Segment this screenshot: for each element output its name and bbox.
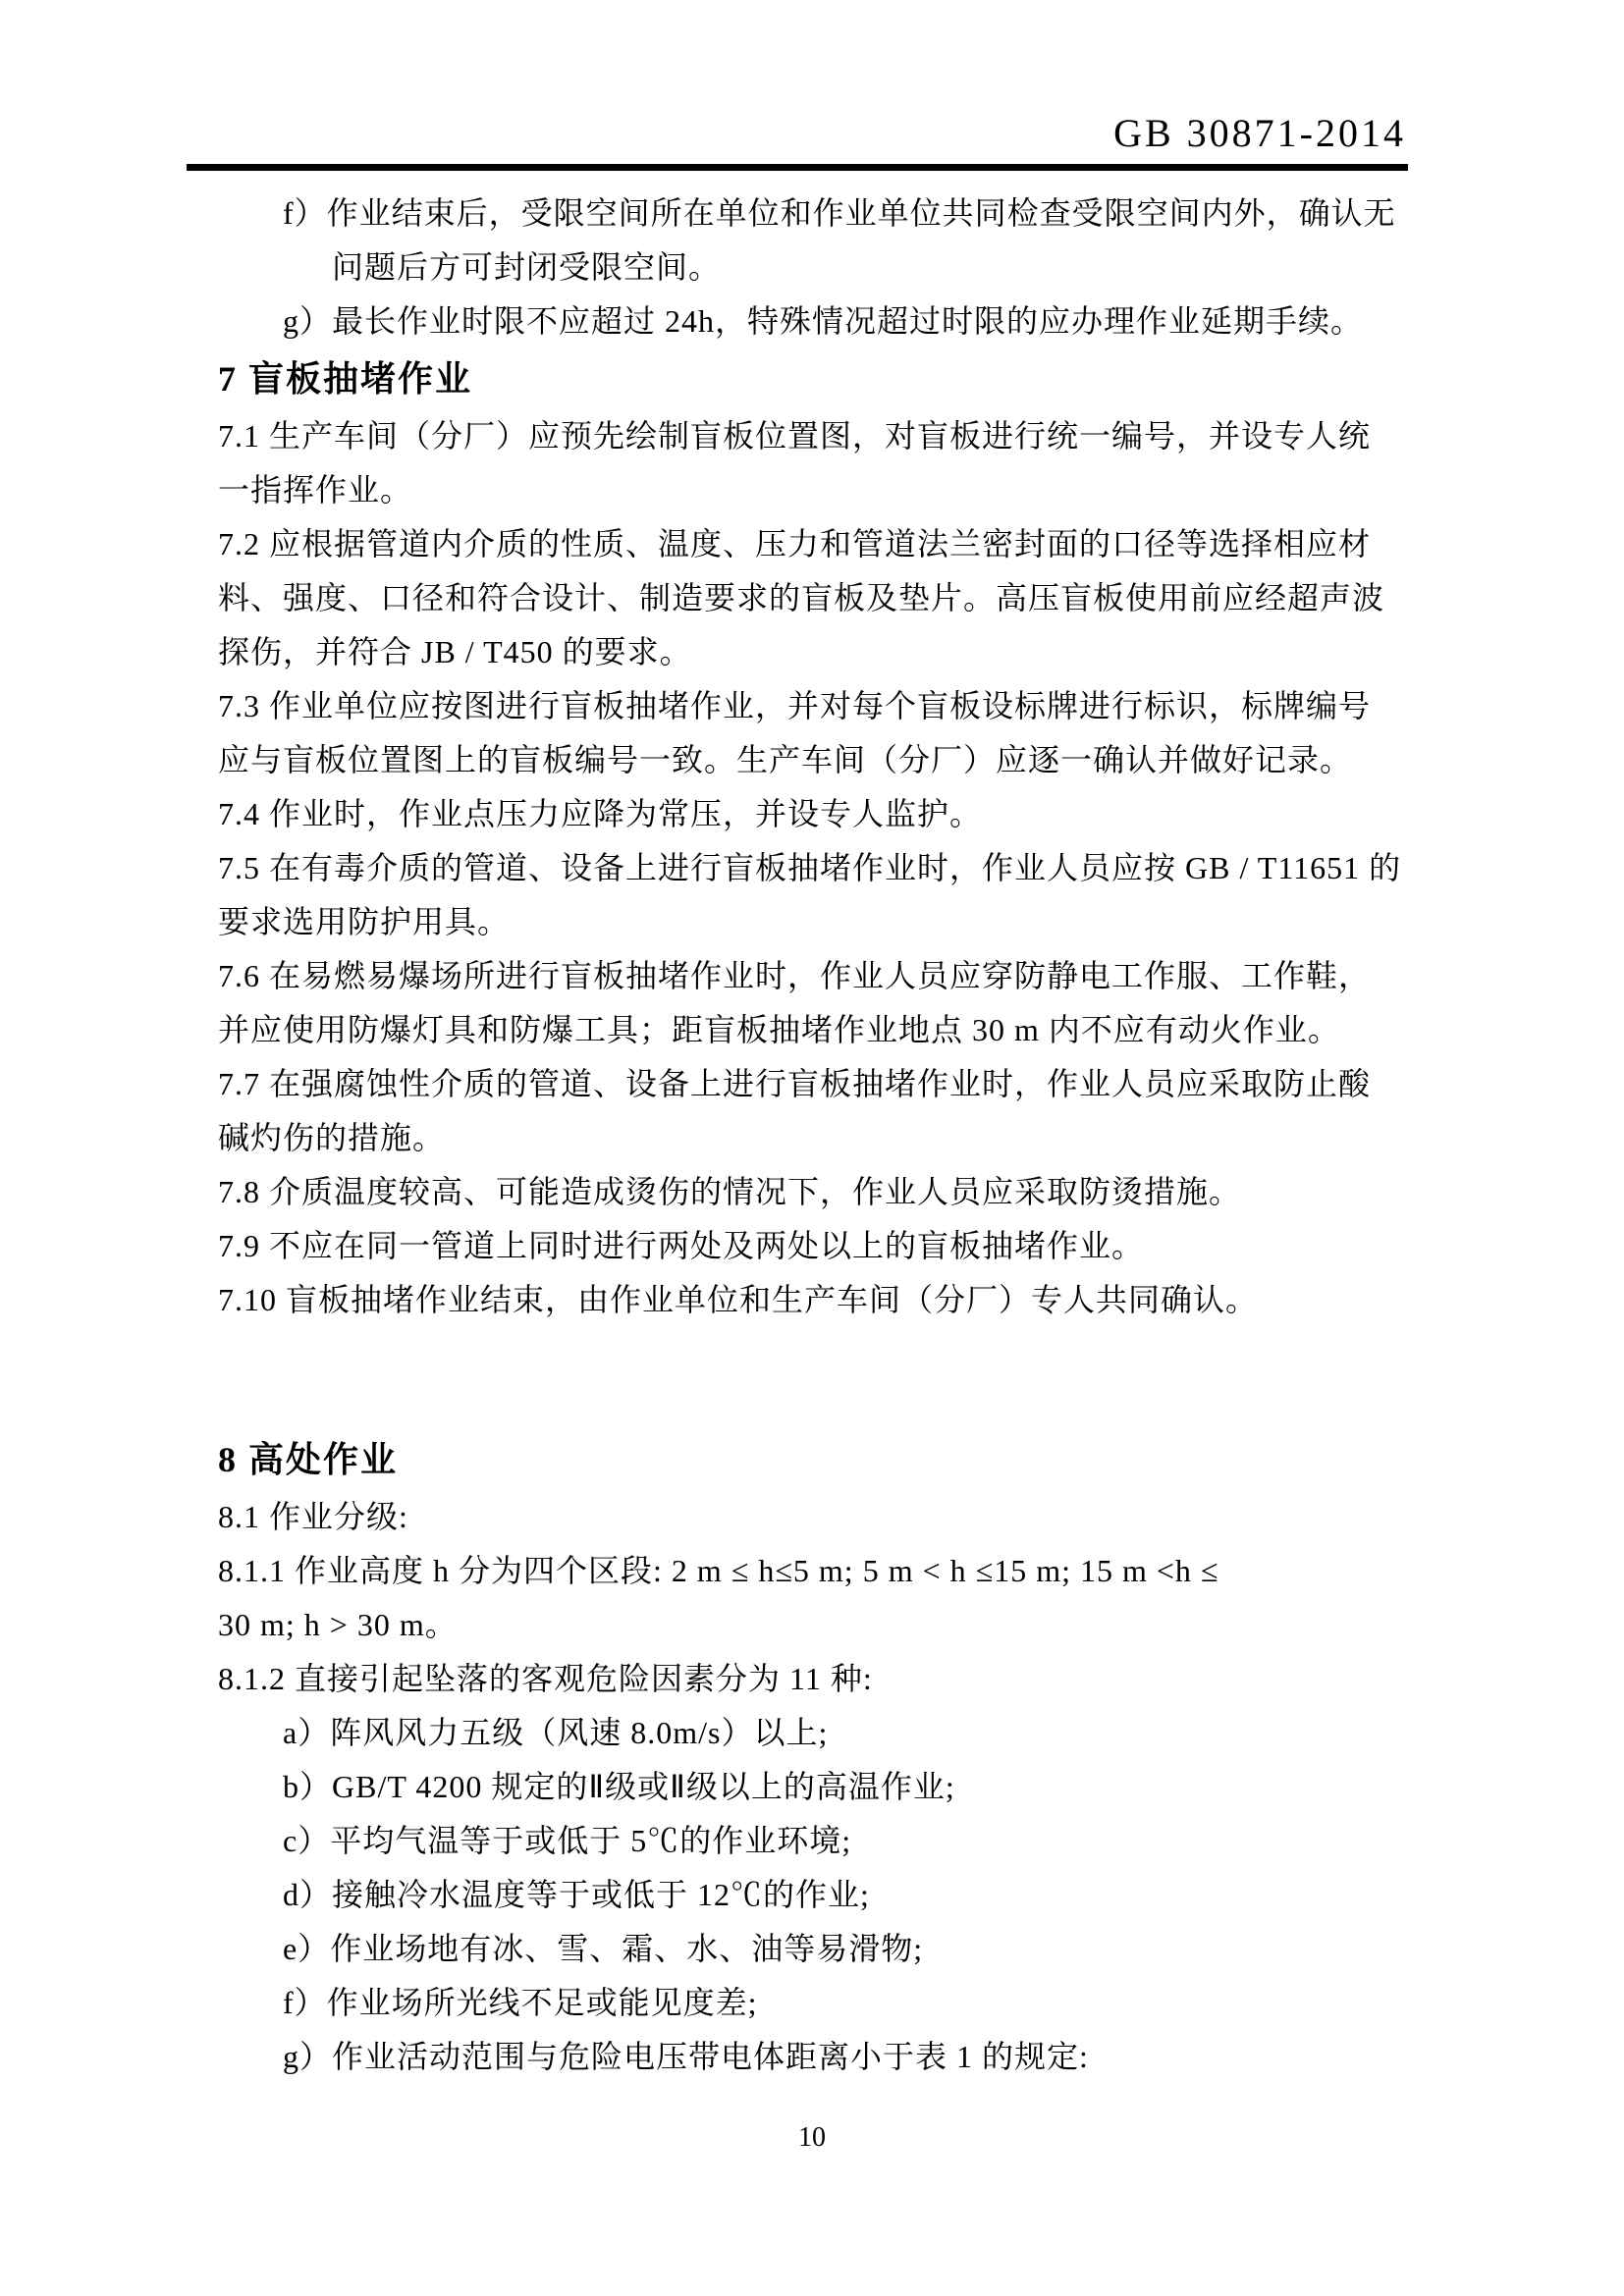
clause-7-2-line-3: 探伤，并符合 JB / T450 的要求。: [218, 625, 1624, 679]
clause-7-1-line-2: 一指挥作业。: [218, 463, 1624, 517]
list-item-e: e）作业场地有冰、雪、霜、水、油等易滑物;: [283, 1922, 1624, 1976]
clause-7-5-line-1: 7.5 在有毒介质的管道、设备上进行盲板抽堵作业时，作业人员应按 GB / T1…: [218, 841, 1624, 895]
list-item-b: b）GB/T 4200 规定的Ⅱ级或Ⅱ级以上的高温作业;: [283, 1760, 1624, 1814]
section-8-heading: 8 高处作业: [218, 1429, 1624, 1490]
clause-7-6-line-2: 并应使用防爆灯具和防爆工具；距盲板抽堵作业地点 30 m 内不应有动火作业。: [218, 1003, 1624, 1057]
list-item-d: d）接触冷水温度等于或低于 12℃的作业;: [283, 1868, 1624, 1922]
document-body: f）作业结束后，受限空间所在单位和作业单位共同检查受限空间内外，确认无 问题后方…: [218, 187, 1624, 2084]
intro-item-g: g）最长作业时限不应超过 24h，特殊情况超过时限的应办理作业延期手续。: [283, 294, 1624, 348]
clause-7-4: 7.4 作业时，作业点压力应降为常压，并设专人监护。: [218, 787, 1624, 841]
list-item-f: f）作业场所光线不足或能见度差;: [283, 1976, 1624, 2030]
clause-7-3-line-1: 7.3 作业单位应按图进行盲板抽堵作业，并对每个盲板设标牌进行标识，标牌编号: [218, 679, 1624, 733]
clause-7-2-line-1: 7.2 应根据管道内介质的性质、温度、压力和管道法兰密封面的口径等选择相应材: [218, 517, 1624, 571]
intro-item-f-line-1: f）作业结束后，受限空间所在单位和作业单位共同检查受限空间内外，确认无: [283, 187, 1624, 240]
clause-7-6-line-1: 7.6 在易燃易爆场所进行盲板抽堵作业时，作业人员应穿防静电工作服、工作鞋，: [218, 949, 1624, 1003]
clause-7-10: 7.10 盲板抽堵作业结束，由作业单位和生产车间（分厂）专人共同确认。: [218, 1273, 1624, 1327]
clause-8-1-1-line-1: 8.1.1 作业高度 h 分为四个区段: 2 m ≤ h≤5 m; 5 m < …: [218, 1544, 1624, 1598]
document-page: GB 30871-2014 f）作业结束后，受限空间所在单位和作业单位共同检查受…: [0, 0, 1624, 2296]
clause-8-1-1-line-2: 30 m; h > 30 m。: [218, 1598, 1624, 1652]
section-7-heading: 7 盲板抽堵作业: [218, 348, 1624, 409]
clause-7-7-line-2: 碱灼伤的措施。: [218, 1111, 1624, 1165]
clause-7-1-line-1: 7.1 生产车间（分厂）应预先绘制盲板位置图，对盲板进行统一编号，并设专人统: [218, 409, 1624, 463]
clause-7-2-line-2: 料、强度、口径和符合设计、制造要求的盲板及垫片。高压盲板使用前应经超声波: [218, 571, 1624, 625]
standard-code-header: GB 30871-2014: [1113, 110, 1406, 156]
list-item-a: a）阵风风力五级（风速 8.0m/s）以上;: [283, 1706, 1624, 1760]
clause-8-1: 8.1 作业分级:: [218, 1490, 1624, 1544]
list-item-c: c）平均气温等于或低于 5℃的作业环境;: [283, 1814, 1624, 1868]
page-number: 10: [0, 2122, 1624, 2154]
clause-8-1-2: 8.1.2 直接引起坠落的客观危险因素分为 11 种:: [218, 1652, 1624, 1706]
clause-7-8: 7.8 介质温度较高、可能造成烫伤的情况下，作业人员应采取防烫措施。: [218, 1165, 1624, 1219]
header-rule: [187, 164, 1408, 171]
intro-item-f-line-2: 问题后方可封闭受限空间。: [332, 240, 1624, 294]
clause-7-7-line-1: 7.7 在强腐蚀性介质的管道、设备上进行盲板抽堵作业时，作业人员应采取防止酸: [218, 1057, 1624, 1111]
list-item-g: g）作业活动范围与危险电压带电体距离小于表 1 的规定:: [283, 2030, 1624, 2084]
clause-7-5-line-2: 要求选用防护用具。: [218, 895, 1624, 949]
clause-7-3-line-2: 应与盲板位置图上的盲板编号一致。生产车间（分厂）应逐一确认并做好记录。: [218, 733, 1624, 787]
clause-7-9: 7.9 不应在同一管道上同时进行两处及两处以上的盲板抽堵作业。: [218, 1219, 1624, 1273]
